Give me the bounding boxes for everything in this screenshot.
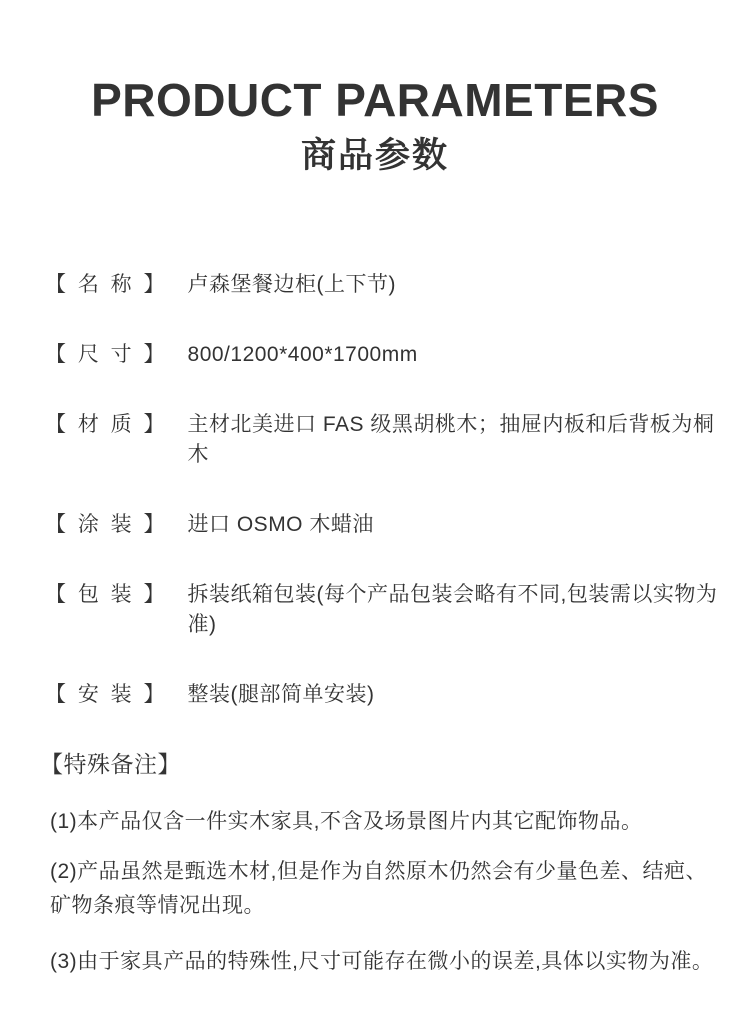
parameter-row-finish: 【 涂 装 】 进口 OSMO 木蜡油 [45,510,722,540]
parameter-row-size: 【 尺 寸 】 800/1200*400*1700mm [45,340,722,370]
special-note-2: (2)产品虽然是甄选木材,但是作为自然原木仍然会有少量色差、结疤、矿物条痕等情况… [50,855,714,923]
special-note-1: (1)本产品仅含一件实木家具,不含及场景图片内其它配饰物品。 [50,805,714,839]
parameter-label: 【 名 称 】 [45,270,166,300]
parameter-row-name: 【 名 称 】 卢森堡餐边柜(上下节) [45,270,722,300]
parameter-label: 【 尺 寸 】 [45,340,166,370]
parameter-value: 卢森堡餐边柜(上下节) [188,270,397,300]
parameter-row-packaging: 【 包 装 】 拆装纸箱包装(每个产品包装会略有不同,包装需以实物为准) [45,580,722,640]
product-parameters-page: PRODUCT PARAMETERS 商品参数 【 名 称 】 卢森堡餐边柜(上… [0,0,750,1031]
special-note-3: (3)由于家具产品的特殊性,尺寸可能存在微小的误差,具体以实物为准。 [50,945,714,979]
parameter-value: 整装(腿部简单安装) [188,680,375,710]
page-title: PRODUCT PARAMETERS [0,0,750,126]
page-subtitle: 商品参数 [0,134,750,178]
parameter-row-material: 【 材 质 】 主材北美进口 FAS 级黑胡桃木；抽屉内板和后背板为桐木 [45,410,722,470]
parameter-label: 【 安 装 】 [45,680,166,710]
parameter-value: 拆装纸箱包装(每个产品包装会略有不同,包装需以实物为准) [188,580,722,640]
parameter-row-installation: 【 安 装 】 整装(腿部简单安装) [45,680,722,710]
special-notes-header: 【特殊备注】 [0,748,750,780]
parameter-value: 800/1200*400*1700mm [188,340,418,370]
parameter-value: 主材北美进口 FAS 级黑胡桃木；抽屉内板和后背板为桐木 [188,410,722,470]
parameter-label: 【 包 装 】 [45,580,166,610]
parameter-label: 【 涂 装 】 [45,510,166,540]
special-notes-list: (1)本产品仅含一件实木家具,不含及场景图片内其它配饰物品。 (2)产品虽然是甄… [0,805,750,979]
parameter-label: 【 材 质 】 [45,410,166,440]
parameter-value: 进口 OSMO 木蜡油 [188,510,374,540]
parameter-list: 【 名 称 】 卢森堡餐边柜(上下节) 【 尺 寸 】 800/1200*400… [0,270,750,710]
